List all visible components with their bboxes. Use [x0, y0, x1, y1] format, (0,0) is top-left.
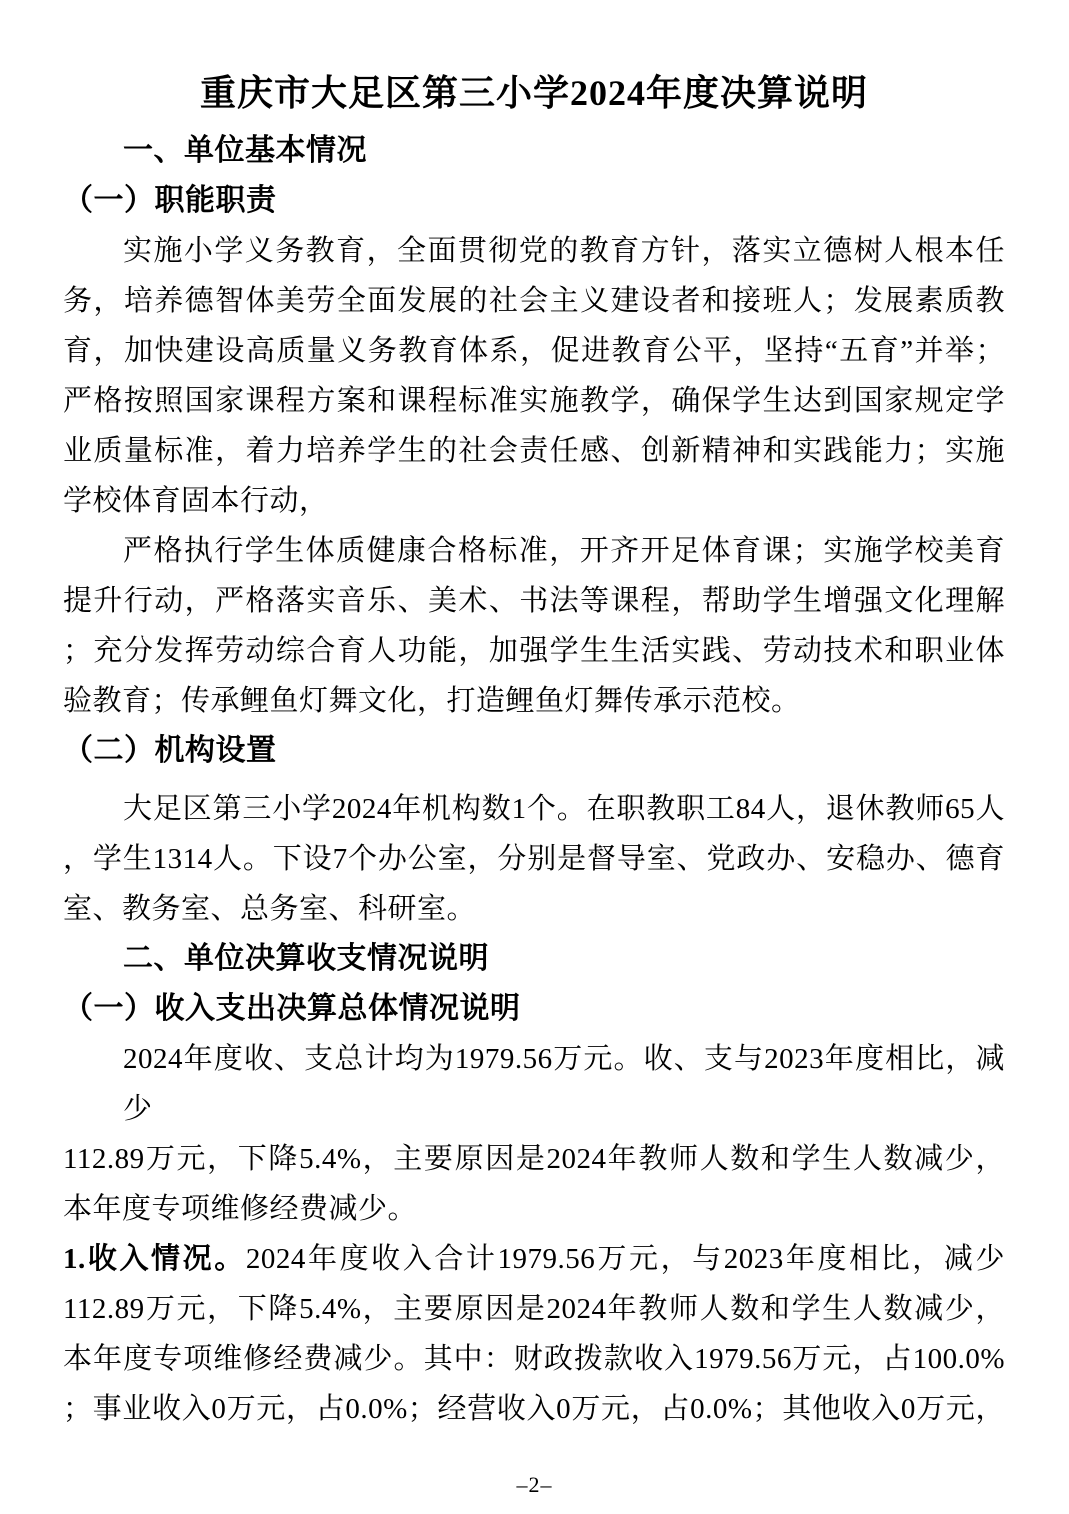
page-number: –2–: [0, 1472, 1069, 1498]
paragraph-line: ；充分发挥劳动综合育人功能，加强学生生活实践、劳动技术和职业体: [63, 626, 1005, 676]
paragraph-line: 验教育；传承鲤鱼灯舞文化，打造鲤鱼灯舞传承示范校。: [63, 676, 1005, 726]
document-title: 重庆市大足区第三小学2024年度决算说明: [63, 60, 1005, 126]
section-heading-unit-basic-info: 一、单位基本情况: [63, 126, 1005, 176]
paragraph-line: 严格按照国家课程方案和课程标准实施教学，确保学生达到国家规定学: [63, 376, 1005, 426]
paragraph-line: 室、教务室、总务室、科研室。: [63, 884, 1005, 934]
paragraph-line: 本年度专项维修经费减少。其中：财政拨款收入1979.56万元，占100.0%: [63, 1334, 1005, 1384]
paragraph-line: 少: [63, 1084, 1005, 1134]
section-heading-budget-overview: 二、单位决算收支情况说明: [63, 934, 1005, 984]
document-page: 重庆市大足区第三小学2024年度决算说明 一、单位基本情况 （一）职能职责 实施…: [0, 0, 1069, 1514]
income-lead-rest: 2024年度收入合计1979.56万元，与2023年度相比，减少: [246, 1243, 1005, 1275]
paragraph-line: 严格执行学生体质健康合格标准，开齐开足体育课；实施学校美育: [63, 526, 1005, 576]
income-lead-label: 1.收入情况。: [63, 1243, 246, 1275]
paragraph-line: 务，培养德智体美劳全面发展的社会主义建设者和接班人；发展素质教: [63, 276, 1005, 326]
paragraph-line: ，学生1314人。下设7个办公室，分别是督导室、党政办、安稳办、德育: [63, 834, 1005, 884]
paragraph-line: 业质量标准，着力培养学生的社会责任感、创新精神和实践能力；实施: [63, 426, 1005, 476]
subheading-functions-duties: （一）职能职责: [63, 176, 1005, 226]
paragraph-line-income-lead: 1.收入情况。2024年度收入合计1979.56万元，与2023年度相比，减少: [63, 1234, 1005, 1284]
paragraph-line: 学校体育固本行动，: [63, 476, 1005, 526]
paragraph-line: 育，加快建设高质量义务教育体系，促进教育公平，坚持“五育”并举；: [63, 326, 1005, 376]
document-content: 重庆市大足区第三小学2024年度决算说明 一、单位基本情况 （一）职能职责 实施…: [63, 60, 1005, 1434]
paragraph-line: 大足区第三小学2024年机构数1个。在职教职工84人，退休教师65人: [63, 784, 1005, 834]
paragraph-line: ；事业收入0万元，占0.0%；经营收入0万元，占0.0%；其他收入0万元，: [63, 1384, 1005, 1434]
paragraph-line: 实施小学义务教育，全面贯彻党的教育方针，落实立德树人根本任: [63, 226, 1005, 276]
subheading-organization-setup: （二）机构设置: [63, 726, 1005, 776]
paragraph-line: 112.89万元，下降5.4%，主要原因是2024年教师人数和学生人数减少，: [63, 1134, 1005, 1184]
subheading-income-expense-overview: （一）收入支出决算总体情况说明: [63, 984, 1005, 1034]
paragraph-line: 112.89万元，下降5.4%，主要原因是2024年教师人数和学生人数减少，: [63, 1284, 1005, 1334]
paragraph-line: 2024年度收、支总计均为1979.56万元。收、支与2023年度相比，减: [63, 1034, 1005, 1084]
paragraph-line: 提升行动，严格落实音乐、美术、书法等课程，帮助学生增强文化理解: [63, 576, 1005, 626]
paragraph-line: 本年度专项维修经费减少。: [63, 1184, 1005, 1234]
